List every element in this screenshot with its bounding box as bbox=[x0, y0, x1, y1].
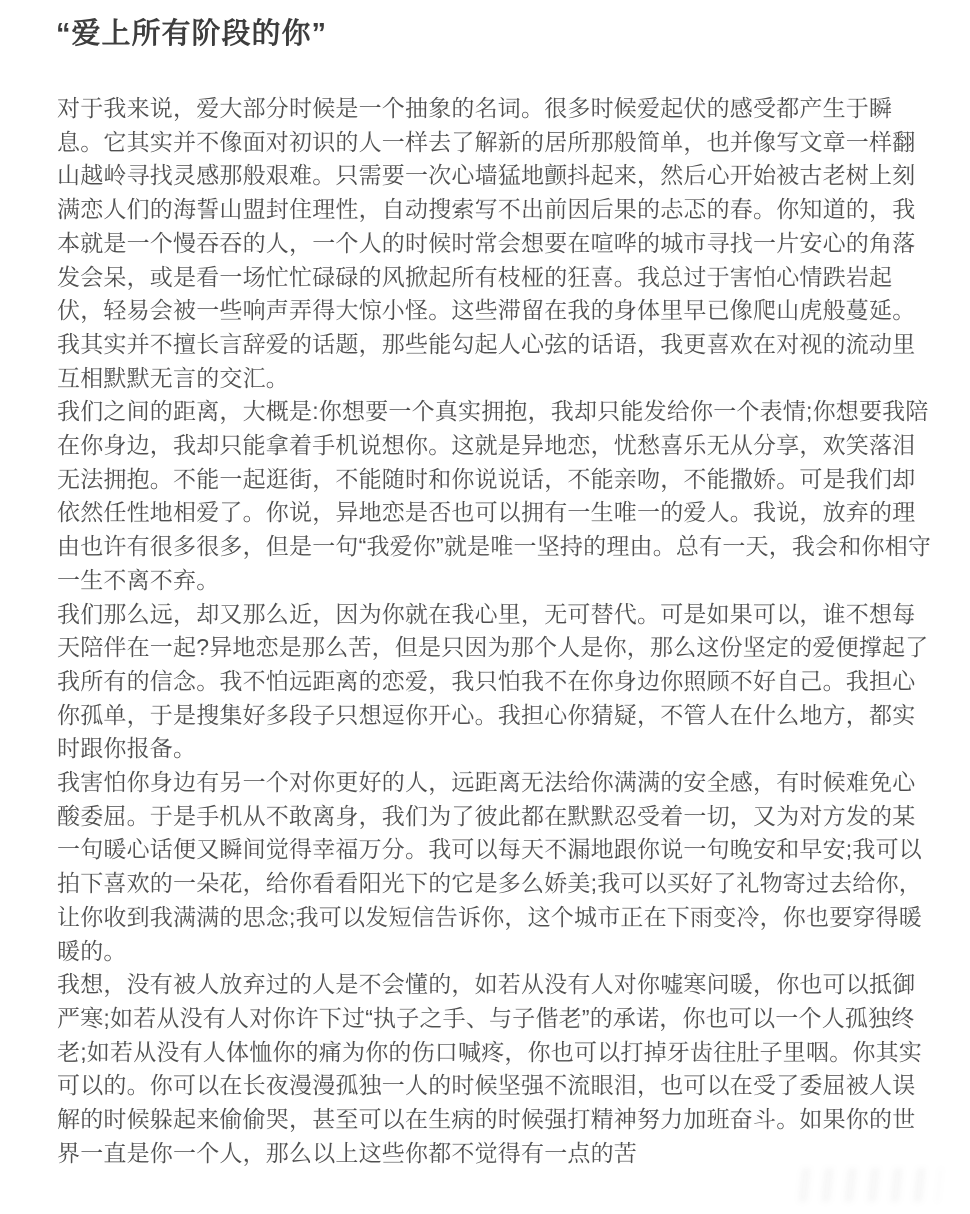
article-title: “爱上所有阶段的你” bbox=[56, 11, 327, 52]
paragraph-1: 对于我来说，爱大部分时候是一个抽象的名词。很多时候爱起伏的感受都产生于瞬息。它其… bbox=[57, 92, 933, 395]
article-body: 对于我来说，爱大部分时候是一个抽象的名词。很多时候爱起伏的感受都产生于瞬息。它其… bbox=[57, 92, 933, 1171]
article-page: “爱上所有阶段的你” 对于我来说，爱大部分时候是一个抽象的名词。很多时候爱起伏的… bbox=[0, 0, 970, 1214]
paragraph-4: 我害怕你身边有另一个对你更好的人，远距离无法给你满满的安全感，有时候难免心酸委屈… bbox=[57, 766, 933, 968]
paragraph-5: 我想，没有被人放弃过的人是不会懂的，如若从没有人对你嘘寒问暖，你也可以抵御严寒;… bbox=[57, 968, 933, 1170]
watermark bbox=[798, 1168, 942, 1202]
paragraph-3: 我们那么远，却又那么近，因为你就在我心里，无可替代。可是如果可以，谁不想每天陪伴… bbox=[57, 598, 933, 767]
paragraph-2: 我们之间的距离，大概是:你想要一个真实拥抱，我却只能发给你一个表情;你想要我陪在… bbox=[57, 395, 933, 597]
